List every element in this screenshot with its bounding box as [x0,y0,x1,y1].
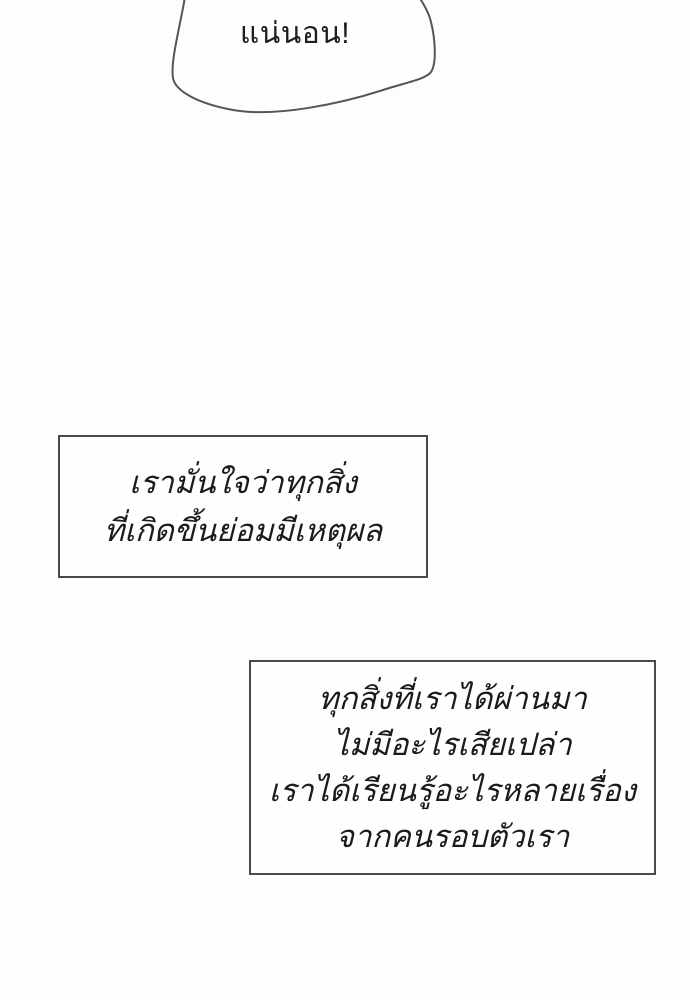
narration-box-1: เรามั่นใจว่าทุกสิ่ง ที่เกิดขึ้นย่อมมีเหต… [58,435,428,578]
narration-box-2-line: จากคนรอบตัวเรา [336,814,569,860]
narration-box-2-line: ทุกสิ่งที่เราได้ผ่านมา [318,676,587,722]
speech-bubble-text: แน่นอน! [145,10,445,57]
comic-page: แน่นอน! เรามั่นใจว่าทุกสิ่ง ที่เกิดขึ้นย… [0,0,690,1000]
narration-box-1-line: ที่เกิดขึ้นย่อมมีเหตุผล [104,507,382,555]
narration-box-1-line: เรามั่นใจว่าทุกสิ่ง [129,459,357,507]
narration-box-2: ทุกสิ่งที่เราได้ผ่านมา ไม่มีอะไรเสียเปล่… [249,660,656,875]
narration-box-2-line: ไม่มีอะไรเสียเปล่า [333,722,571,768]
narration-box-2-line: เราได้เรียนรู้อะไรหลายเรื่อง [269,768,636,814]
